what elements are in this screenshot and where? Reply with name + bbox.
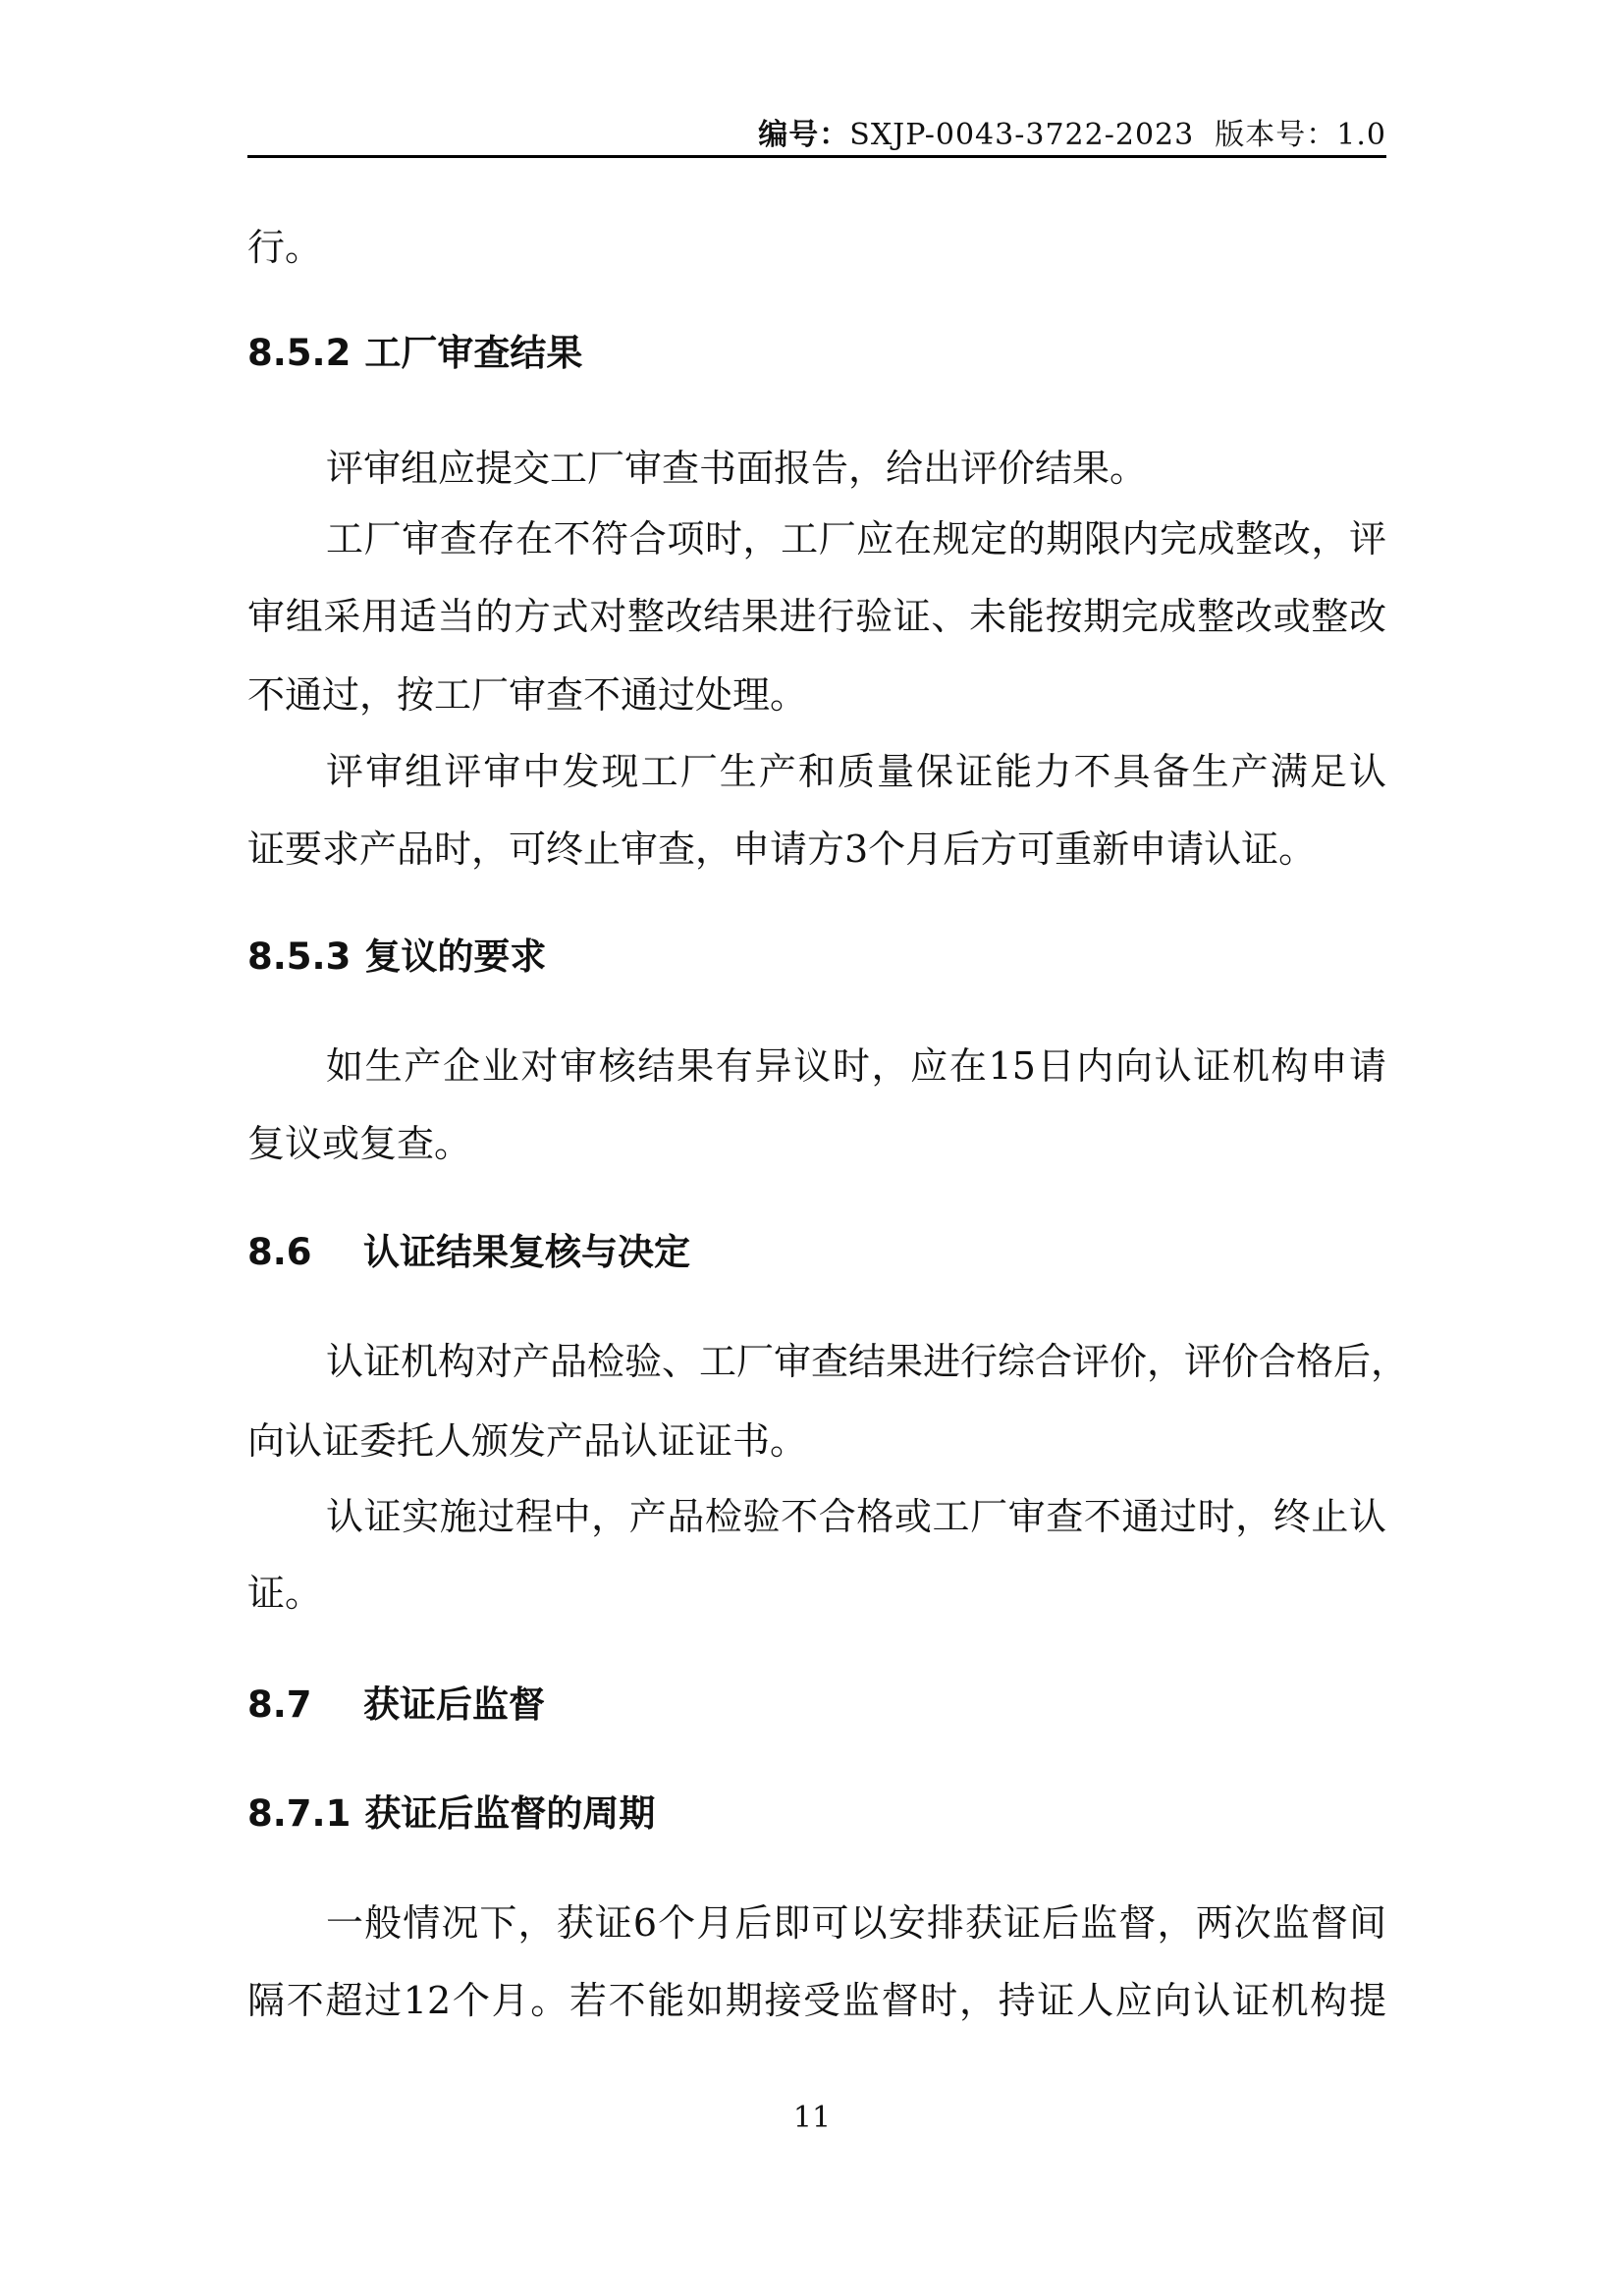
section-number: 8.7.1 (247, 1790, 351, 1838)
section-number: 8.5.3 (247, 934, 351, 981)
paragraph-line: 向认证委托人颁发产品认证证书。 (247, 1417, 1386, 1465)
paragraph-line: 审组采用适当的方式对整改结果进行验证、未能按期完成整改或整改 (247, 593, 1386, 640)
section-title: 认证结果复核与决定 (363, 1231, 690, 1273)
section-title: 获证后监督的周期 (364, 1792, 655, 1835)
paragraph-line: 一般情况下，获证6个月后即可以安排获证后监督，两次监督间 (247, 1899, 1386, 1947)
text-line: 行。 (247, 224, 1386, 271)
section-number: 8.7 (247, 1682, 363, 1729)
section-title: 工厂审查结果 (364, 332, 582, 374)
paragraph-line: 评审组评审中发现工厂生产和质量保证能力不具备生产满足认 (247, 748, 1386, 795)
document-header: 编号：SXJP-0043-3722-2023 版本号：1.0 (247, 110, 1386, 153)
paragraph-line: 证。 (247, 1570, 1386, 1617)
version-label: 版本号： (1215, 118, 1336, 152)
section-title: 复议的要求 (364, 935, 546, 978)
paragraph-line: 复议或复查。 (247, 1120, 1386, 1167)
section-number: 8.6 (247, 1229, 363, 1276)
section-heading-8-5-3: 8.5.3复议的要求 (247, 934, 1386, 981)
doc-code-value: SXJP-0043-3722-2023 (849, 118, 1194, 152)
section-title: 获证后监督 (363, 1683, 545, 1726)
paragraph-line: 认证机构对产品检验、工厂审查结果进行综合评价，评价合格后， (247, 1338, 1386, 1385)
version-value: 1.0 (1336, 118, 1386, 152)
doc-code-label: 编号： (758, 118, 849, 152)
section-heading-8-7: 8.7获证后监督 (247, 1682, 1386, 1729)
section-heading-8-5-2: 8.5.2工厂审查结果 (247, 330, 1386, 377)
paragraph-line: 评审组应提交工厂审查书面报告，给出评价结果。 (247, 445, 1386, 492)
paragraph-line: 隔不超过12个月。若不能如期接受监督时，持证人应向认证机构提 (247, 1977, 1386, 2024)
paragraph-line: 证要求产品时，可终止审查，申请方3个月后方可重新申请认证。 (247, 826, 1386, 873)
paragraph-line: 不通过，按工厂审查不通过处理。 (247, 671, 1386, 719)
section-heading-8-6: 8.6认证结果复核与决定 (247, 1229, 1386, 1276)
paragraph-line: 如生产企业对审核结果有异议时，应在15日内向认证机构申请 (247, 1042, 1386, 1090)
header-divider (247, 155, 1386, 158)
section-number: 8.5.2 (247, 330, 351, 377)
page-number: 11 (0, 2101, 1624, 2135)
paragraph-line: 认证实施过程中，产品检验不合格或工厂审查不通过时，终止认 (247, 1493, 1386, 1540)
section-heading-8-7-1: 8.7.1获证后监督的周期 (247, 1790, 1386, 1838)
paragraph-line: 工厂审查存在不符合项时，工厂应在规定的期限内完成整改，评 (247, 515, 1386, 562)
